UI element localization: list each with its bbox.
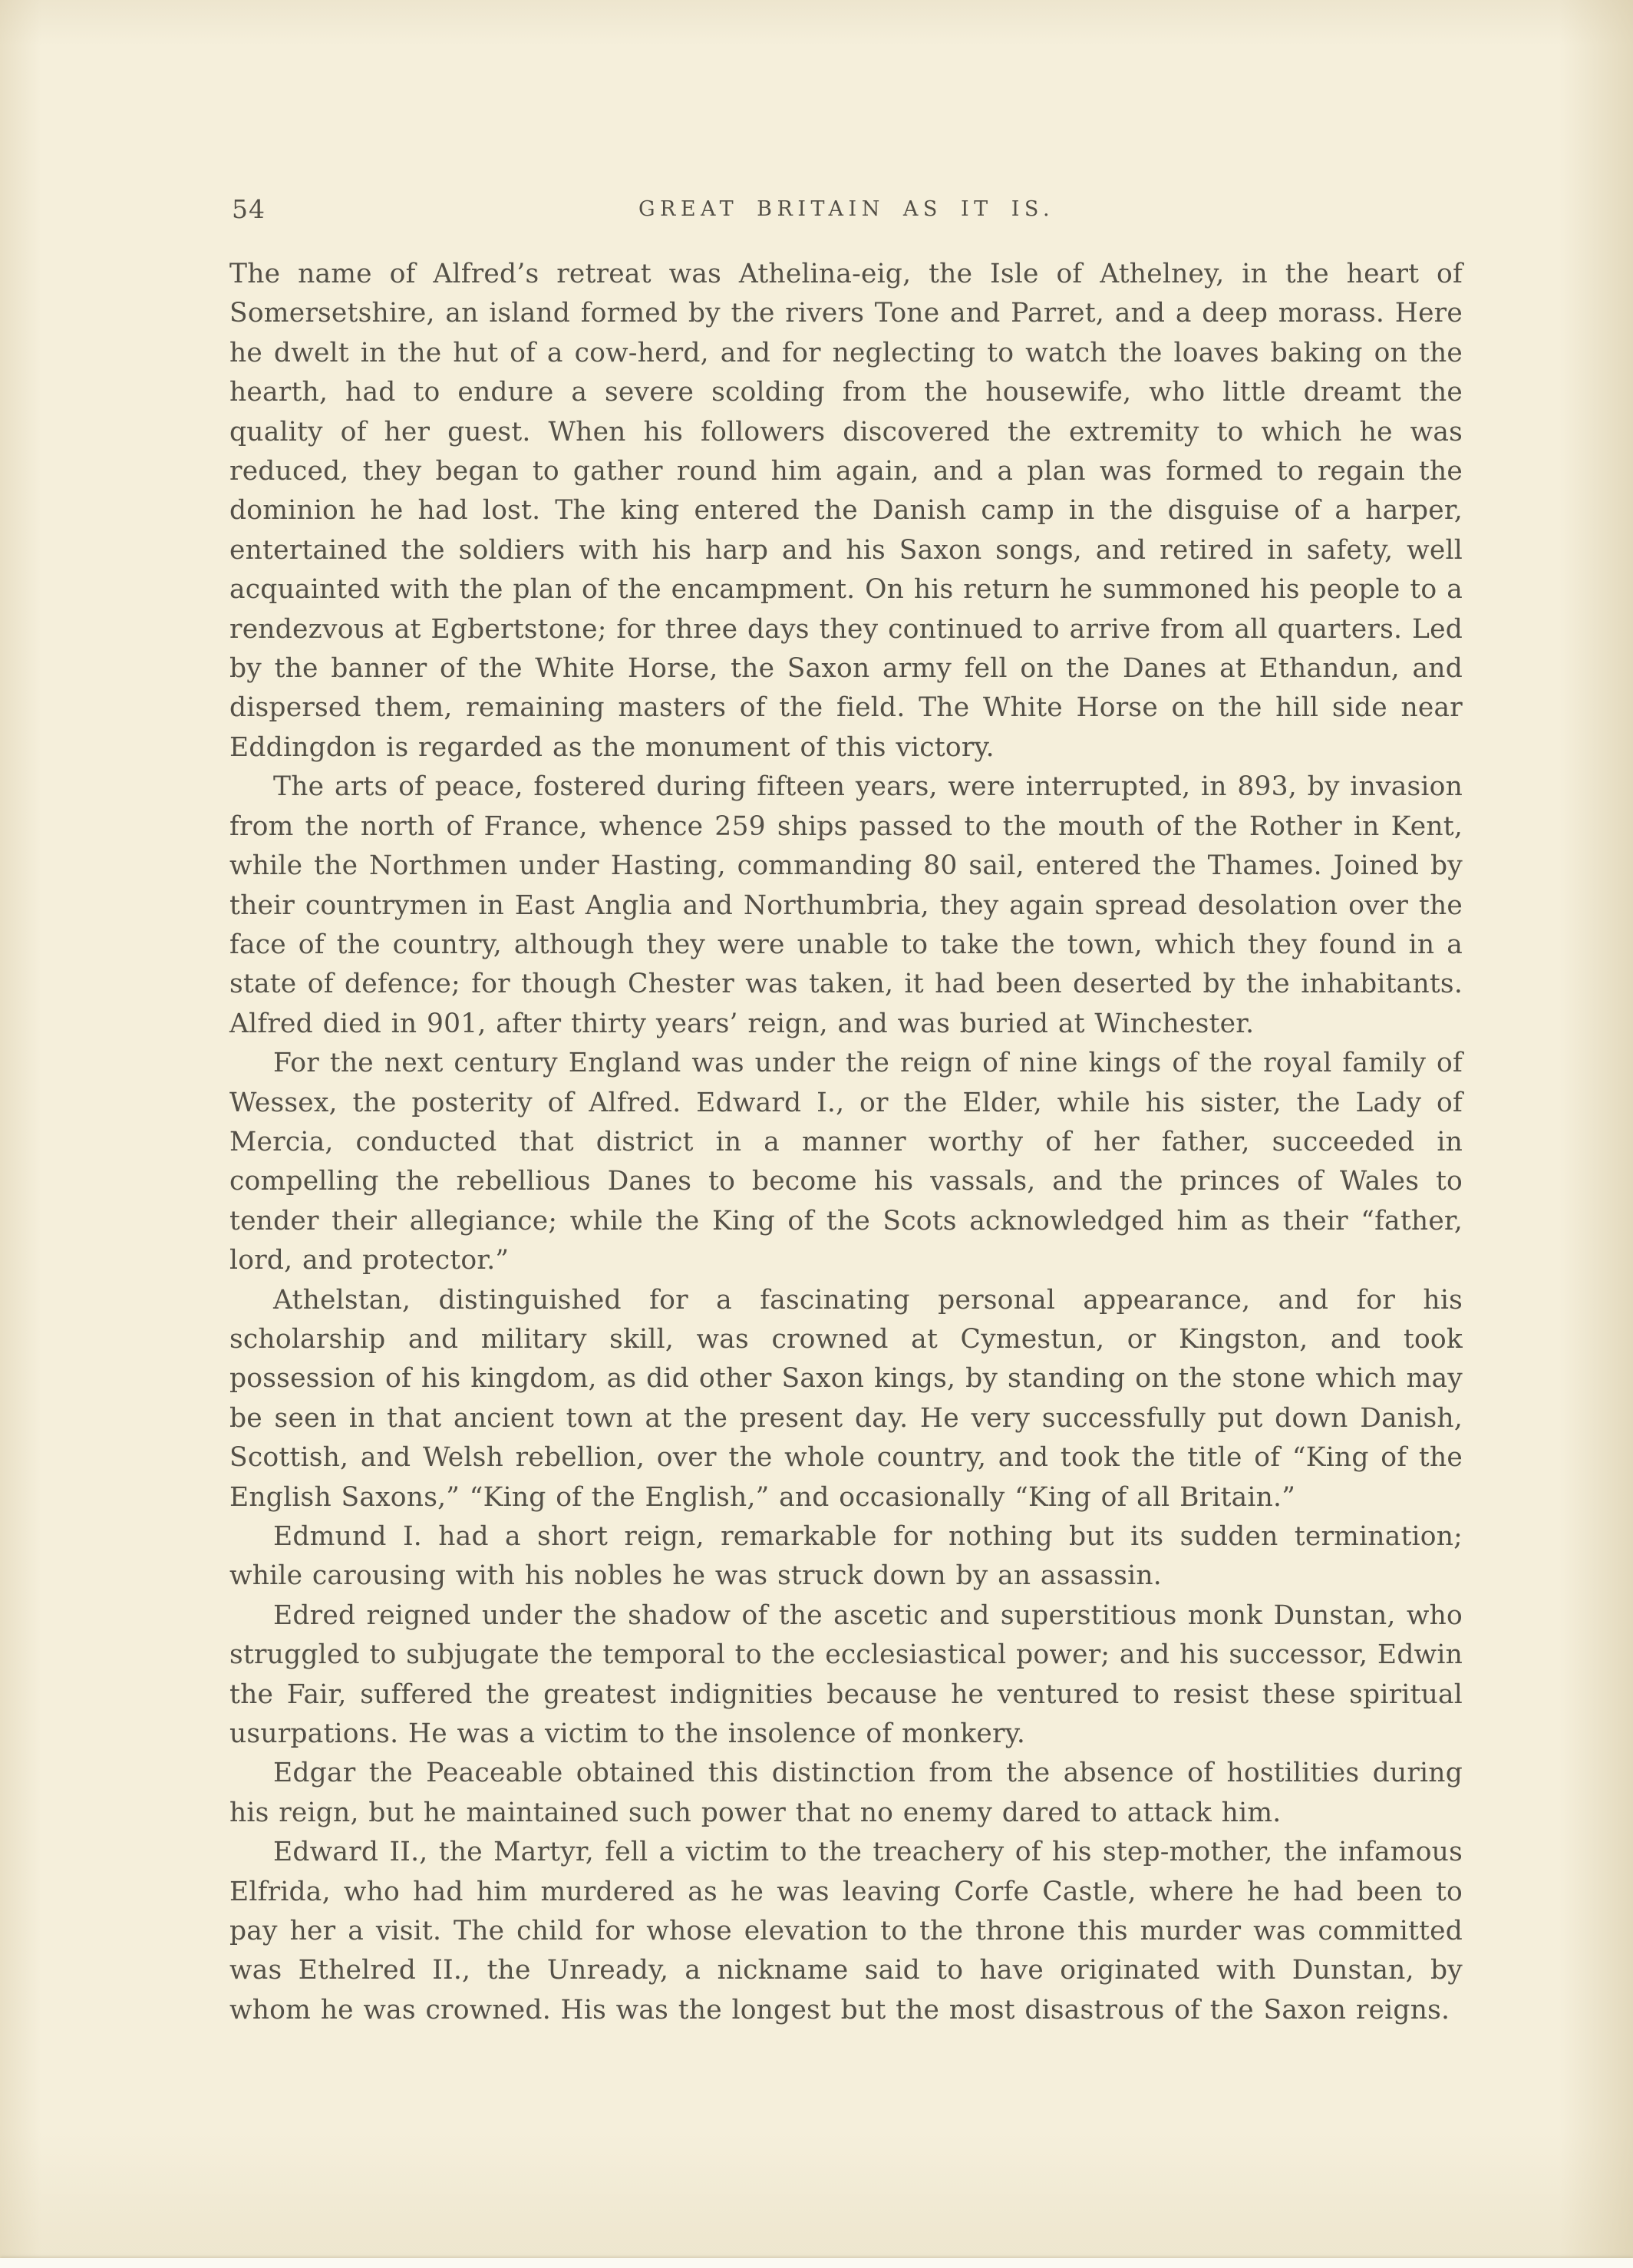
paragraph-athelstan: Athelstan, distinguished for a fascinati…: [229, 1281, 1463, 1517]
paragraph-edgar: Edgar the Peaceable obtained this distin…: [229, 1754, 1463, 1833]
paragraph-alfred-athelney: The name of Alfred’s retreat was Athelin…: [229, 255, 1463, 768]
paragraph-edward-martyr: Edward II., the Martyr, fell a victim to…: [229, 1833, 1463, 2030]
paragraph-next-century: For the next century England was under t…: [229, 1044, 1463, 1280]
running-title: GREAT BRITAIN AS IT IS.: [230, 192, 1463, 221]
paragraph-edred: Edred reigned under the shadow of the as…: [229, 1596, 1463, 1755]
paragraph-arts-of-peace: The arts of peace, fostered during fifte…: [229, 768, 1463, 1044]
text-block: The name of Alfred’s retreat was Athelin…: [229, 255, 1463, 2030]
paragraph-edmund: Edmund I. had a short reign, remarkable …: [229, 1517, 1463, 1596]
page-number: 54: [232, 194, 266, 224]
page-header: 54 GREAT BRITAIN AS IT IS.: [230, 192, 1463, 226]
scanned-book-page: 54 GREAT BRITAIN AS IT IS. The name of A…: [0, 0, 1633, 2268]
scan-bottom-edge: [0, 2258, 1633, 2268]
